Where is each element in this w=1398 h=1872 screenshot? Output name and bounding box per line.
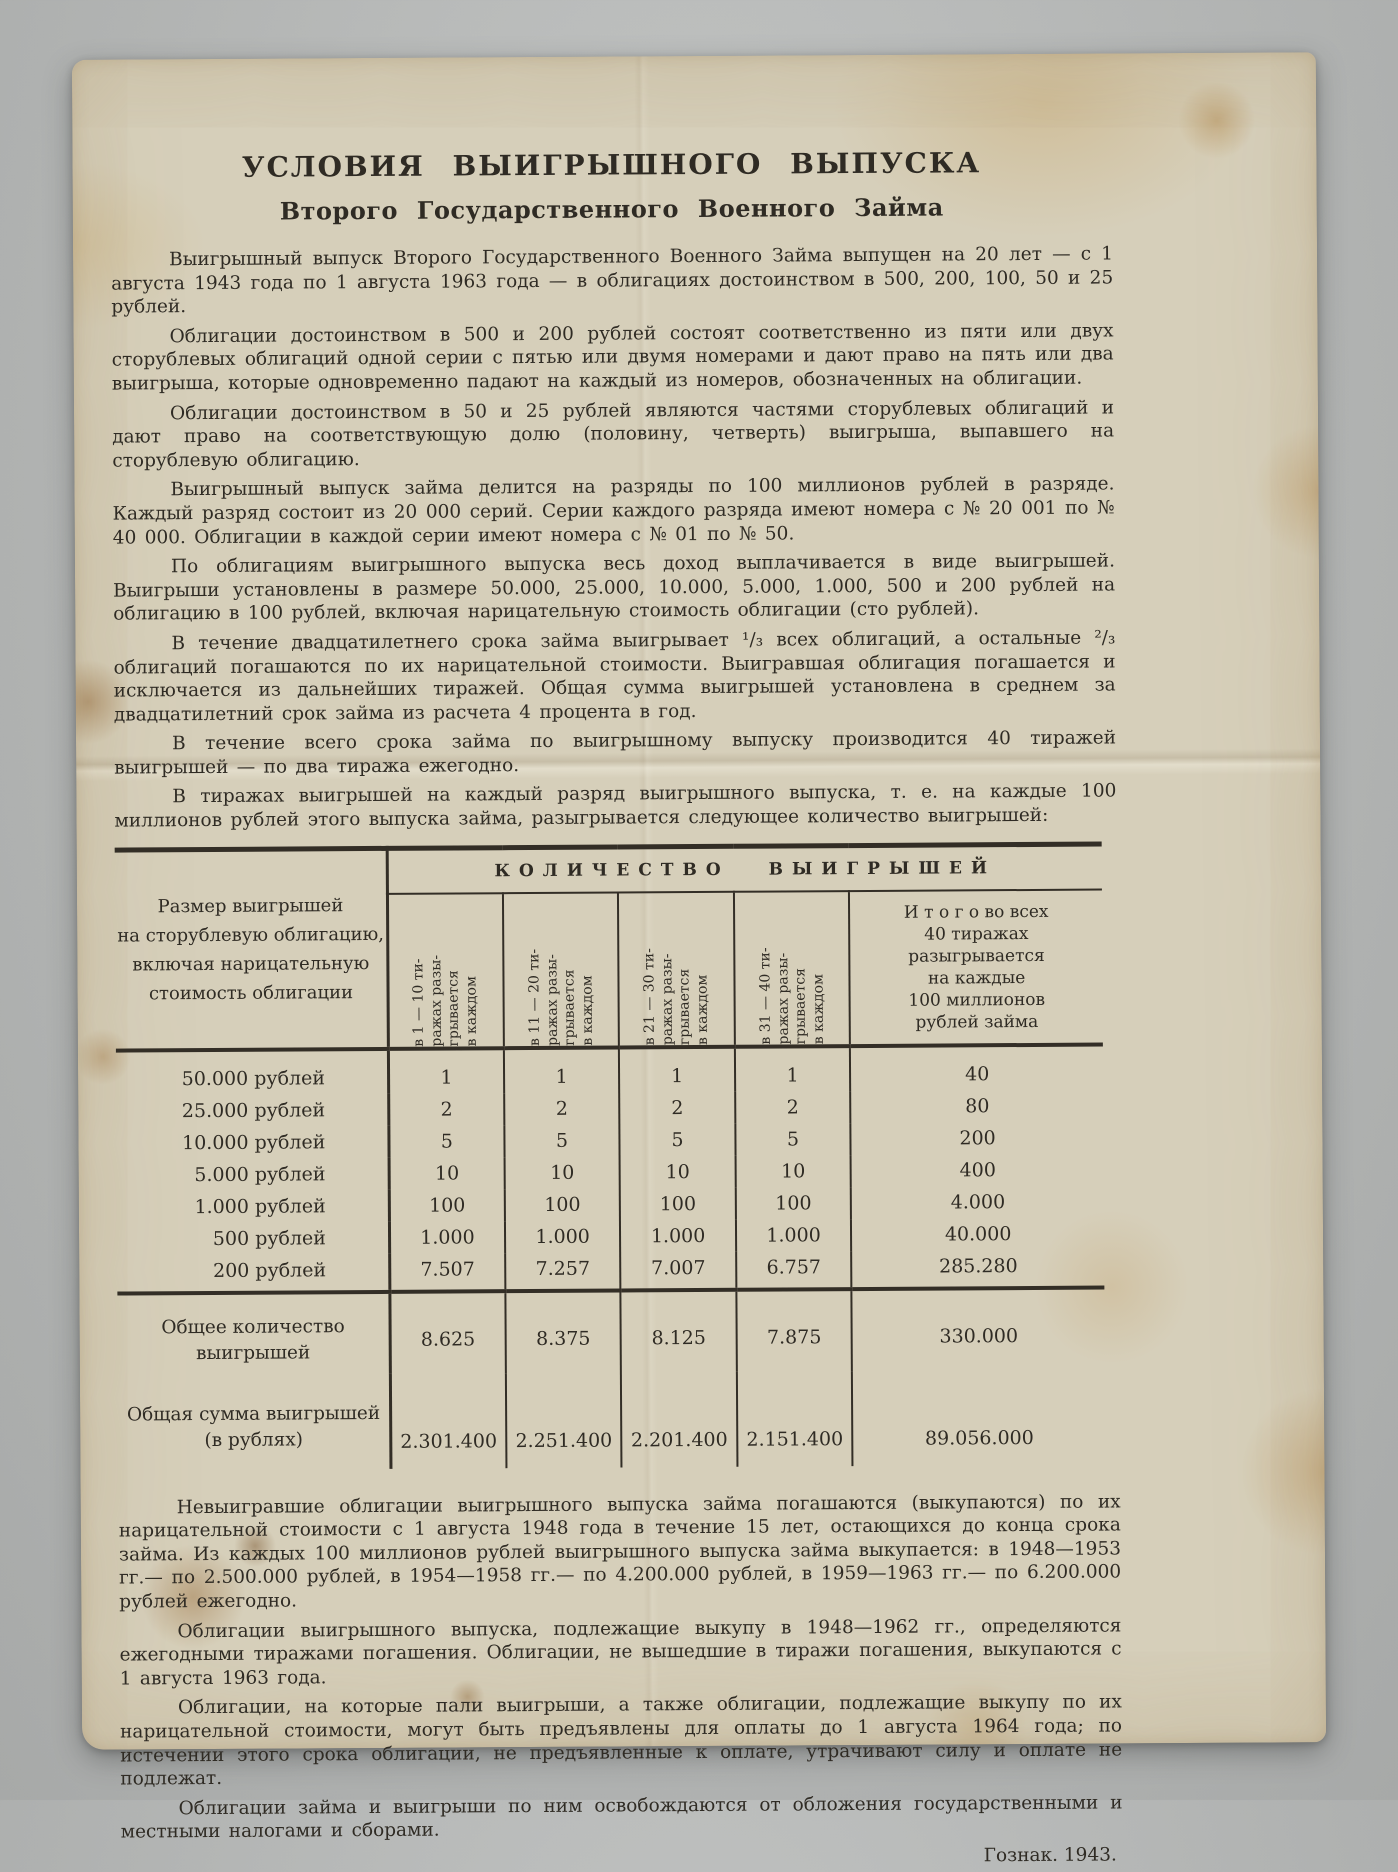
paragraph-50-25-bonds: Облигации достоинством в 50 и 25 рублей … xyxy=(112,396,1114,473)
total-column-header: И т о г о во всех 40 тиражах разыгрывает… xyxy=(849,889,1103,1046)
cell: 2 xyxy=(619,1091,735,1124)
cell: 7.507 xyxy=(390,1253,506,1292)
cell: 1.000 xyxy=(620,1219,736,1252)
cell-total: 40 xyxy=(850,1044,1103,1091)
paragraph-tax-exemption: Облигации займа и выигрыши по ним освобо… xyxy=(120,1791,1122,1800)
cell: 7.875 xyxy=(736,1289,852,1372)
stub-header: Размер выигрышей на сторублевую облигаци… xyxy=(115,848,389,1050)
document-content: УСЛОВИЯ ВЫИГРЫШНОГО ВЫПУСКА Второго Госу… xyxy=(72,52,1327,1800)
paragraph-500-200-bonds: Облигации достоинством в 500 и 200 рубле… xyxy=(111,319,1113,396)
quantity-header: КОЛИЧЕСТВО ВЫИГРЫШЕЙ xyxy=(387,844,1102,894)
draw-column-header-1: в 1 — 10 ти- ражах разы- грывается в каж… xyxy=(387,893,503,1049)
cell: 100 xyxy=(505,1188,621,1221)
cell: 5 xyxy=(504,1124,620,1157)
prize-size-label: 50.000 рублей xyxy=(116,1049,389,1096)
draw-column-header-3: в 21 — 30 ти- ражах разы- грывается в ка… xyxy=(618,891,734,1047)
summary-label: Общее количество выигрышей xyxy=(117,1292,390,1376)
paragraph-forty-draws: В течение всего срока займа по выигрышно… xyxy=(114,727,1116,780)
paragraph-redemption-schedule: Невыигравшие облигации выигрышного выпус… xyxy=(119,1490,1122,1614)
cell: 1.000 xyxy=(505,1220,621,1253)
cell-total: 200 xyxy=(851,1121,1104,1155)
paragraph-issue-term: Выигрышный выпуск Второго Государственно… xyxy=(111,242,1113,319)
paragraph-redemption-draws: Облигации выигрышного выпуска, подлежащи… xyxy=(119,1614,1121,1691)
cell: 2.251.400 xyxy=(506,1372,622,1468)
paragraph-payment-deadline: Облигации, на которые пали выигрыши, а т… xyxy=(120,1691,1123,1791)
paragraph-one-third-wins: В течение двадцатилетнего срока займа вы… xyxy=(113,626,1116,726)
cell: 10 xyxy=(389,1157,505,1190)
cell: 1 xyxy=(619,1046,735,1092)
draw-column-header-2: в 11 — 20 ти- ражах разы- грывается в ка… xyxy=(503,892,619,1048)
document-paper: УСЛОВИЯ ВЫИГРЫШНОГО ВЫПУСКА Второго Госу… xyxy=(72,52,1326,1750)
cell-total: 40.000 xyxy=(851,1217,1104,1251)
table-row: 50.000 рублей 1 1 1 1 40 xyxy=(116,1044,1103,1095)
cell: 2.301.400 xyxy=(390,1373,506,1469)
summary-row-sum: Общая сумма выигрышей (в рублях) 2.301.4… xyxy=(118,1369,1106,1470)
cell: 6.757 xyxy=(736,1251,852,1290)
cell: 7.257 xyxy=(505,1252,621,1291)
cell: 10 xyxy=(620,1155,736,1188)
cell: 1 xyxy=(504,1047,620,1093)
cell-total: 330.000 xyxy=(852,1287,1105,1371)
cell: 100 xyxy=(620,1187,736,1220)
table-row: 200 рублей 7.507 7.257 7.007 6.757 285.2… xyxy=(117,1249,1104,1293)
prize-size-label: 5.000 рублей xyxy=(117,1158,390,1192)
prize-size-label: 25.000 рублей xyxy=(116,1094,389,1128)
paragraph-prize-amounts: По облигациям выигрышного выпуска весь д… xyxy=(113,550,1115,627)
cell: 2 xyxy=(389,1093,505,1126)
table-header-row-1: Размер выигрышей на сторублевую облигаци… xyxy=(115,844,1102,896)
cell: 2.201.400 xyxy=(621,1371,737,1467)
document-subtitle: Второго Государственного Военного Займа xyxy=(111,191,1113,226)
cell: 2 xyxy=(504,1092,620,1125)
prize-table: Размер выигрышей на сторублевую облигаци… xyxy=(115,841,1106,1470)
prize-size-label: 500 рублей xyxy=(117,1222,390,1256)
cell: 8.375 xyxy=(505,1290,621,1373)
prize-size-label: 200 рублей xyxy=(117,1254,390,1294)
cell-total: 80 xyxy=(850,1089,1103,1123)
cell: 1 xyxy=(388,1048,504,1094)
cell-total: 400 xyxy=(851,1153,1104,1187)
cell: 8.125 xyxy=(621,1289,737,1372)
cell: 10 xyxy=(735,1155,851,1188)
cell: 100 xyxy=(389,1189,505,1222)
cell-total: 89.056.000 xyxy=(852,1369,1105,1466)
cell: 5 xyxy=(620,1123,736,1156)
paragraph-table-intro: В тиражах выигрышей на каждый разряд выи… xyxy=(114,780,1116,833)
cell: 5 xyxy=(389,1125,505,1158)
summary-row-count: Общее количество выигрышей 8.625 8.375 8… xyxy=(117,1287,1104,1375)
cell: 100 xyxy=(736,1187,852,1220)
document-title: УСЛОВИЯ ВЫИГРЫШНОГО ВЫПУСКА xyxy=(110,145,1112,184)
prize-size-label: 10.000 рублей xyxy=(116,1126,389,1160)
cell-total: 4.000 xyxy=(851,1185,1104,1219)
prize-size-label: 1.000 рублей xyxy=(117,1190,390,1224)
cell: 10 xyxy=(504,1156,620,1189)
summary-label: Общая сумма выигрышей (в рублях) xyxy=(118,1374,391,1471)
cell: 5 xyxy=(735,1123,851,1156)
cell: 7.007 xyxy=(620,1251,736,1290)
cell: 1 xyxy=(735,1046,851,1092)
cell: 8.625 xyxy=(390,1291,506,1374)
cell: 2 xyxy=(735,1091,851,1124)
cell-total: 285.280 xyxy=(851,1249,1104,1289)
paragraph-series-numbers: Выигрышный выпуск займа делится на разря… xyxy=(112,473,1114,550)
draw-column-header-4: в 31 — 40 ти- ражах разы- грывается в ка… xyxy=(734,891,850,1047)
cell: 1.000 xyxy=(389,1221,505,1254)
cell: 2.151.400 xyxy=(737,1371,853,1467)
cell: 1.000 xyxy=(736,1219,852,1252)
